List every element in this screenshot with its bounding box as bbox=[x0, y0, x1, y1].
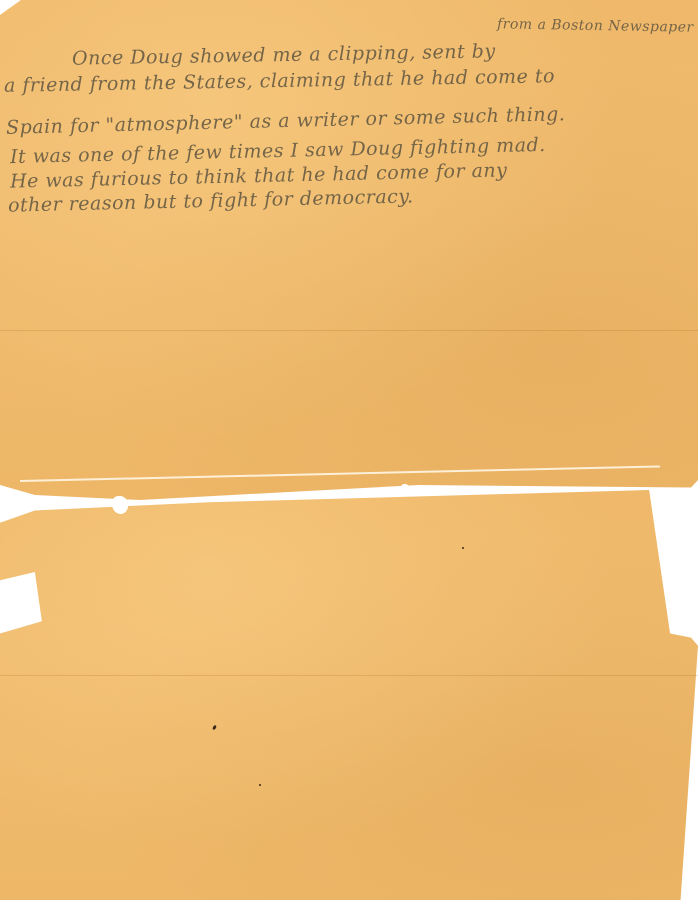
margin-annotation: from a Boston Newspaper bbox=[497, 16, 694, 35]
paper-lower-half bbox=[0, 490, 698, 900]
tear-hole bbox=[401, 484, 409, 492]
ink-speck bbox=[259, 784, 261, 786]
ink-speck bbox=[462, 547, 464, 549]
fold-crease bbox=[0, 330, 698, 331]
letter-page: from a Boston Newspaper Once Doug showed… bbox=[0, 0, 698, 900]
tear-hole bbox=[112, 496, 128, 514]
fold-crease bbox=[0, 675, 698, 676]
